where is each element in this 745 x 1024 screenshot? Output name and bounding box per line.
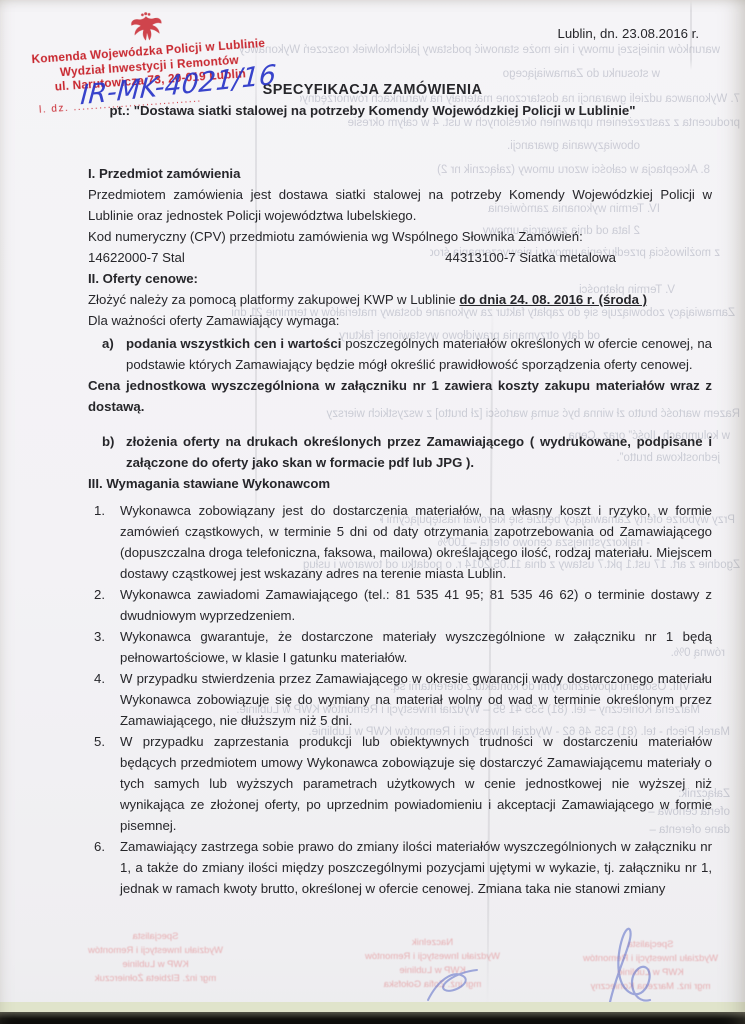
bleed-through-text: w stosunku do Zamawiającego [430, 68, 660, 81]
list-item-number: 5. [88, 731, 120, 836]
list-item-b: b) złożenia oferty na drukach określonyc… [88, 431, 712, 473]
section-1-paragraph: Przedmiotem zamówienia jest dostawa siat… [88, 184, 712, 226]
list-item-number: 1. [88, 500, 120, 584]
list-item-number: 4. [88, 668, 120, 731]
list-item-text: W przypadku zaprzestania produkcji lub o… [120, 731, 712, 836]
document-date: Lublin, dn. 23.08.2016 r. [557, 26, 699, 41]
list-item-text: Wykonawca gwarantuje, że dostarczone mat… [120, 626, 712, 668]
list-item-label: a) [88, 333, 126, 375]
list-item: 6. Zamawiający zastrzega sobie prawo do … [88, 836, 712, 899]
signature-scribble [423, 960, 485, 1006]
list-item: 2. Wykonawca zawiadomi Zamawiającego (te… [88, 584, 712, 626]
section-1-heading: I. Przedmiot zamówienia [88, 163, 712, 184]
scanner-edge-shadow [0, 1012, 745, 1024]
cpv-code-metal-mesh: 44313100-7 Siatka metalowa [445, 247, 616, 268]
bleed-through-text: obowiązywania gwarancji. [450, 140, 640, 153]
cpv-code-steel: 14622000-7 Stal [88, 247, 185, 268]
list-item: 4. W przypadku stwierdzenia przez Zamawi… [88, 668, 712, 731]
list-item: 5. W przypadku zaprzestania produkcji lu… [88, 731, 712, 836]
scanned-document-page: warunków niniejszej umowy i nie może sta… [0, 0, 745, 1024]
unit-price-note: Cena jednostkowa wyszczególniona w załąc… [88, 375, 712, 417]
requirements-list: 1. Wykonawca zobowiązany jest do dostarc… [88, 500, 712, 899]
list-item-text: podania wszystkich cen i wartości poszcz… [126, 333, 712, 375]
section-2-heading: II. Oferty cenowe: [88, 268, 712, 289]
list-item-number: 2. [88, 584, 120, 626]
bleed-through-stamp-left: Specjalista Wydziału Inwestycji i Remont… [48, 930, 263, 986]
list-item-label: b) [88, 431, 126, 473]
list-item-number: 6. [88, 836, 120, 899]
list-item-text: W przypadku stwierdzenia przez Zamawiają… [120, 668, 712, 731]
list-item: 1. Wykonawca zobowiązany jest do dostarc… [88, 500, 712, 584]
cpv-codes-row: 14622000-7 Stal 44313100-7 Siatka metalo… [88, 247, 712, 268]
bleed-through-text: producenta z zastrzeżeniem uprawnień okr… [300, 117, 740, 130]
list-item: 3. Wykonawca gwarantuje, że dostarczone … [88, 626, 712, 668]
submission-deadline-line: Złożyć należy za pomocą platformy zakupo… [88, 289, 712, 310]
document-body: I. Przedmiot zamówienia Przedmiotem zamó… [88, 163, 712, 899]
section-1-paragraph: Kod numeryczny (CPV) przedmiotu zamówien… [88, 226, 712, 247]
list-item-text: Wykonawca zawiadomi Zamawiającego (tel.:… [120, 584, 712, 626]
list-item-text: Wykonawca zobowiązany jest do dostarczen… [120, 500, 712, 584]
section-2-paragraph: Dla ważności oferty Zamawiający wymaga: [88, 310, 712, 331]
list-item-a: a) podania wszystkich cen i wartości pos… [88, 333, 712, 375]
section-3-heading: III. Wymagania stawiane Wykonawcom [88, 473, 712, 494]
list-item-text: Zamawiający zastrzega sobie prawo do zmi… [120, 836, 712, 899]
list-item-text: złożenia oferty na drukach określonych p… [126, 431, 712, 473]
list-item-number: 3. [88, 626, 120, 668]
deadline-date: do dnia 24. 08. 2016 r. (środa ) [459, 292, 647, 307]
eagle-emblem-icon [129, 11, 165, 43]
signature-scribble [588, 922, 670, 1010]
